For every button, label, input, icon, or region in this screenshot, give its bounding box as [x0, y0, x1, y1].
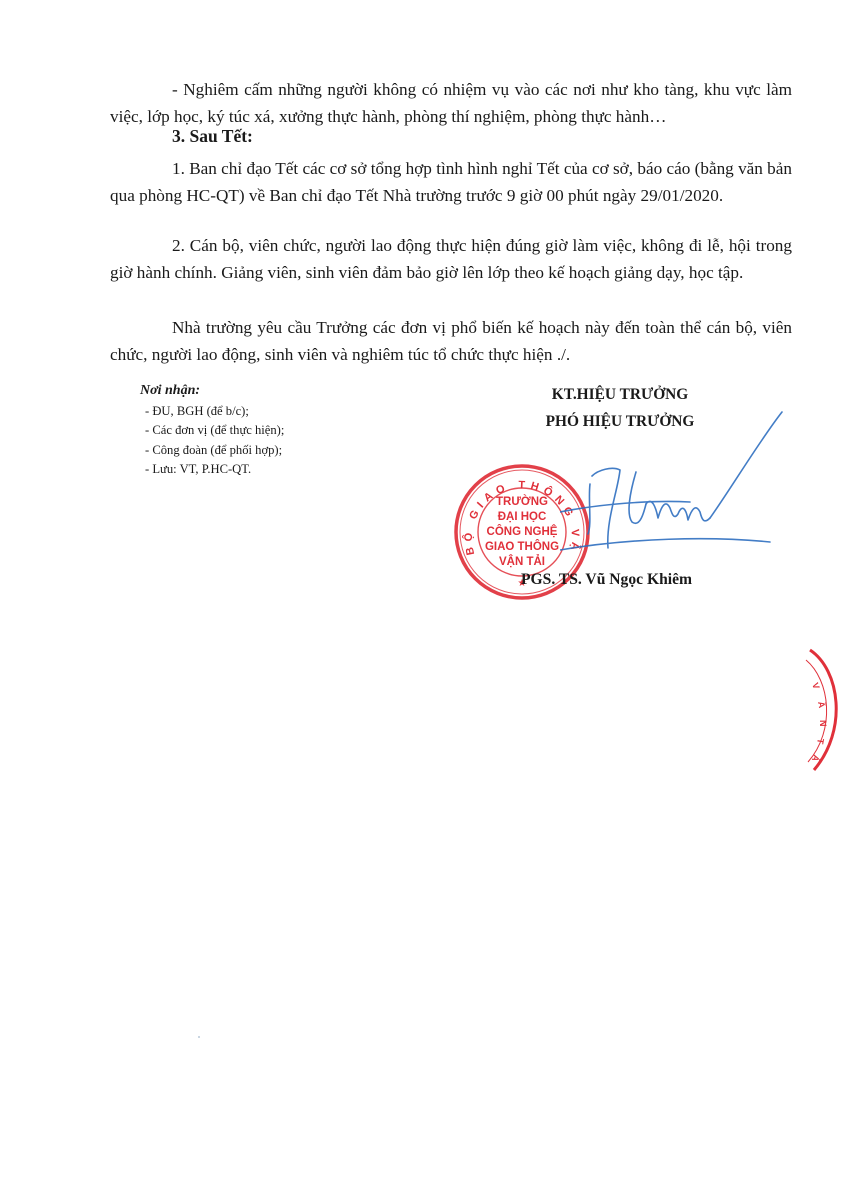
svg-text:T: T [815, 738, 826, 746]
recipient-item: - Các đơn vị (để thực hiện); [140, 421, 284, 441]
signature-scribble-icon [560, 400, 790, 560]
svg-text:TRƯỜNG: TRƯỜNG [496, 495, 548, 508]
svg-text:V: V [810, 681, 821, 690]
scan-speck [198, 1036, 200, 1038]
section-heading: 3. Sau Tết: [172, 126, 253, 147]
item-1-paragraph: 1. Ban chỉ đạo Tết các cơ sở tổng hợp tì… [110, 155, 792, 209]
edge-stamp-fragment-icon: V Â N T Ả [800, 640, 849, 780]
recipients-block: Nơi nhận: - ĐU, BGH (để b/c); - Các đơn … [140, 381, 284, 480]
svg-text:GIAO THÔNG: GIAO THÔNG [485, 540, 559, 553]
svg-text:Ả: Ả [810, 753, 823, 763]
prohibition-paragraph: - Nghiêm cấm những người không có nhiệm … [110, 76, 792, 130]
item-2-paragraph: 2. Cán bộ, viên chức, người lao động thự… [110, 232, 792, 286]
recipient-item: - Lưu: VT, P.HC-QT. [140, 460, 284, 480]
recipients-title: Nơi nhận: [140, 381, 284, 401]
svg-text:CÔNG NGHỆ: CÔNG NGHỆ [487, 525, 558, 538]
signer-name: PGS. TS. Vũ Ngọc Khiêm [521, 571, 692, 589]
svg-text:ĐẠI HỌC: ĐẠI HỌC [498, 511, 547, 523]
svg-text:VẬN TẢI: VẬN TẢI [499, 555, 545, 568]
closing-paragraph: Nhà trường yêu cầu Trưởng các đơn vị phổ… [110, 314, 792, 368]
recipient-item: - ĐU, BGH (để b/c); [140, 402, 284, 422]
recipient-item: - Công đoàn (để phối hợp); [140, 441, 284, 461]
svg-text:N: N [818, 720, 828, 727]
